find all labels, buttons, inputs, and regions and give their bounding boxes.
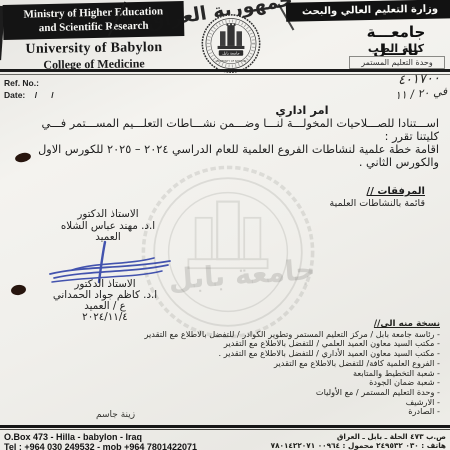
continuing-education-unit-box: وحدة التعليم المستمر xyxy=(349,56,445,69)
footer-divider-thin xyxy=(0,429,450,430)
footer-ar-line2: هاتف : ٠٣٠ ٢٤٩٥٣٢ محمول : ٠٠٩٦٤ ٧٨٠١٤٢٢٠… xyxy=(271,442,446,450)
distribution-item: - الارشيف xyxy=(120,398,440,408)
scanned-document-page: جامعة بابل Ministry of Higher Education … xyxy=(0,0,450,450)
order-title: امر اداري xyxy=(256,103,348,117)
distribution-item: - الصادرة xyxy=(120,407,440,417)
clerk-name: زينة جاسم xyxy=(96,410,135,420)
order-body-line3: اقامة خطة علمية لنشاطات الفروع العلمية ل… xyxy=(7,143,439,156)
order-body-line4: والكورس الثاني . xyxy=(7,156,439,169)
attachments-heading: المرفقات // xyxy=(367,186,425,197)
date-label: Date: / / xyxy=(4,90,54,100)
footer-contact-en: O.Box 473 - Hilla - babylon - Iraq Tel :… xyxy=(4,432,197,450)
ministry-banner-ar: وزارة التعليم العالي والبحث العلمي xyxy=(286,0,450,22)
distribution-list: نسخة منه الى// - رئاسة جامعة بابل / مركز… xyxy=(120,320,440,417)
order-body-line2: كليتنا تقرر : xyxy=(7,130,439,143)
ref-no-label: Ref. No.: xyxy=(4,78,39,88)
acting-dean-signature-block: الاستاذ الدكتور ا.د. كاظم جواد الحمداني … xyxy=(40,279,170,323)
footer-divider-thick xyxy=(0,425,450,428)
order-body-line1: اســـتنادا للصـــلاحيات المخولـــة لنـــ… xyxy=(7,117,439,130)
footer-contact-ar: ص.ب ٤٧٣ الحلة ـ بابل ـ العراق هاتف : ٠٣٠… xyxy=(271,433,446,450)
header-divider-thick xyxy=(0,69,450,72)
seal-name-en: UNIVERSITY OF BABYLON xyxy=(216,60,247,63)
seal-name-ar: جامعة بابل xyxy=(222,50,240,55)
distribution-item: - وحدة التعليم المستمر / مع الأوليات xyxy=(120,388,440,398)
university-seal-logo: جامعة بابل UNIVERSITY OF BABYLON xyxy=(192,13,270,74)
footer-en-line2: Tel : +964 030 249532 - mob +964 7801422… xyxy=(4,442,197,450)
dean-signature-block: الاستاذ الدكتور ا.د. مهند عباس الشلاه ال… xyxy=(50,209,166,244)
dean-title: الاستاذ الدكتور xyxy=(50,209,166,221)
header-divider-thin xyxy=(0,74,450,75)
attachments-item: قائمة بالنشاطات العلمية xyxy=(330,198,426,209)
punch-hole-dot xyxy=(10,284,26,296)
footer-en-line1: O.Box 473 - Hilla - babylon - Iraq xyxy=(4,432,197,442)
college-name-ar: كلية الطب xyxy=(358,42,434,55)
